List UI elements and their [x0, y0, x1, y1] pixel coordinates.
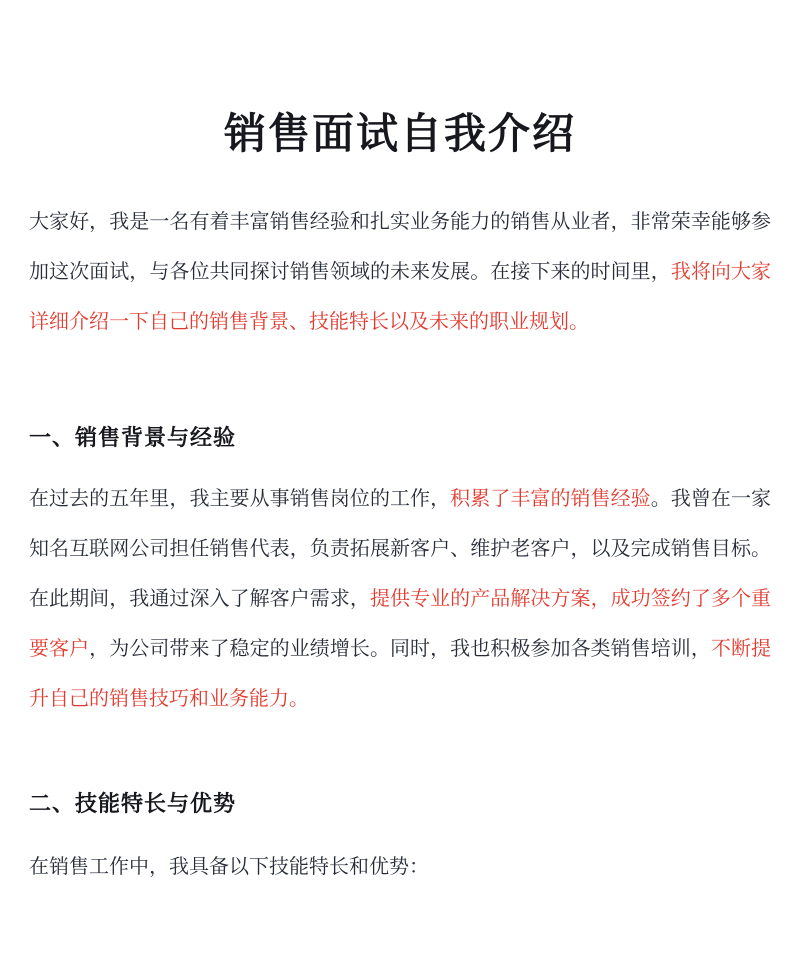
document-page: 销售面试自我介绍 大家好，我是一名有着丰富销售经验和扎实业务能力的销售从业者，非… — [0, 0, 800, 976]
section-2-paragraph: 在销售工作中，我具备以下技能特长和优势： — [29, 842, 771, 892]
section-1-paragraph: 在过去的五年里，我主要从事销售岗位的工作，积累了丰富的销售经验。我曾在一家知名互… — [29, 474, 771, 724]
text-run: 在过去的五年里，我主要从事销售岗位的工作， — [29, 488, 450, 510]
section-1-heading: 一、销售背景与经验 — [29, 422, 771, 454]
page-title: 销售面试自我介绍 — [29, 0, 771, 167]
intro-paragraph: 大家好，我是一名有着丰富销售经验和扎实业务能力的销售从业者，非常荣幸能够参加这次… — [29, 197, 771, 347]
text-run: ，为公司带来了稳定的业绩增长。同时，我也积极参加各类销售培训， — [89, 638, 711, 660]
text-run: 大家好，我是一名有着丰富销售经验和扎实业务能力的销售从业者，非常荣幸能够参加这次… — [29, 211, 771, 283]
section-2-heading: 二、技能特长与优势 — [29, 788, 771, 820]
text-run: 在销售工作中，我具备以下技能特长和优势： — [29, 856, 429, 878]
highlighted-text-run: 积累了丰富的销售经验 — [450, 488, 651, 510]
